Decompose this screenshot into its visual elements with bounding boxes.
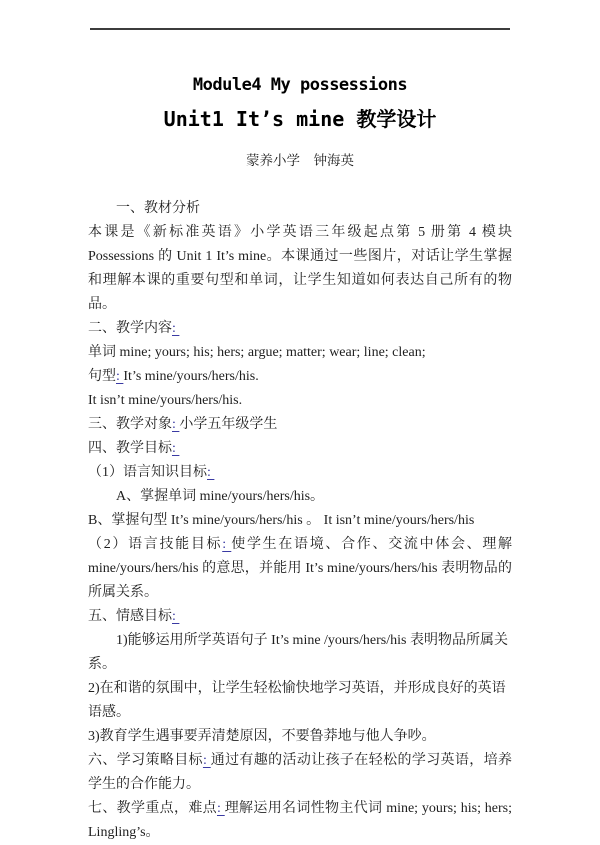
text-run: 1)能够运用所学英语句子 It’s mine /yours/hers/his 表… (88, 633, 508, 672)
knowledge-goal-b: B、掌握句型 It’s mine/yours/hers/his 。 It isn… (88, 509, 512, 533)
text-run: 二、教学内容 (88, 321, 172, 336)
revision-colon-mark: : (217, 801, 225, 816)
revision-colon-mark: : (172, 321, 179, 336)
text-run: 句型 (88, 369, 116, 384)
text-run: 2)在和谐的氛围中，让学生轻松愉快地学习英语，并形成良好的英语语感。 (88, 681, 506, 720)
text-run: 3)教育学生遇事要弄清楚原因，不要鲁莽地与他人争吵。 (88, 729, 436, 744)
author-byline: 蒙养小学 钟海英 (40, 152, 560, 170)
pattern-line-2: It isn’t mine/yours/hers/his. (88, 389, 512, 413)
knowledge-goal-heading: （1）语言知识目标: (88, 461, 512, 485)
section-1-heading: 一、教材分析 (88, 197, 512, 221)
document-title-module: Module4 My possessions (40, 74, 560, 96)
text-run: （2）语言技能目标 (88, 537, 222, 552)
words-line: 单词 mine; yours; his; hers; argue; matter… (88, 341, 512, 365)
revision-colon-mark: : (222, 537, 231, 552)
affective-goal-1: 1)能够运用所学英语句子 It’s mine /yours/hers/his 表… (88, 629, 512, 677)
text-run: 五、情感目标 (88, 609, 172, 624)
text-run: 小学五年级学生 (179, 417, 277, 432)
section-6-heading: 六、学习策略目标: 通过有趣的活动让孩子在轻松的学习英语，培养学生的合作能力。 (88, 749, 512, 797)
document-header: Module4 My possessions Unit1 It’s mine 教… (40, 0, 560, 170)
revision-colon-mark: : (172, 441, 179, 456)
section-5-heading: 五、情感目标: (88, 605, 512, 629)
knowledge-goal-a: A、掌握单词 mine/yours/hers/his。 (88, 485, 512, 509)
revision-colon-mark: : (203, 753, 211, 768)
text-run: 四、教学目标 (88, 441, 172, 456)
section-4-heading: 四、教学目标: (88, 437, 512, 461)
text-run: 六、学习策略目标 (88, 753, 203, 768)
section-2-heading: 二、教学内容: (88, 317, 512, 341)
document-body: 一、教材分析本课是《新标准英语》小学英语三年级起点第 5 册第 4 模块 Pos… (88, 197, 512, 845)
pattern-line-1: 句型: It’s mine/yours/hers/his. (88, 365, 512, 389)
revision-colon-mark: : (207, 465, 214, 480)
text-run: A、掌握单词 mine/yours/hers/his。 (116, 489, 324, 504)
revision-colon-mark: : (172, 609, 179, 624)
text-run: 三、教学对象 (88, 417, 172, 432)
text-run: 七、教学重点，难点 (88, 801, 217, 816)
text-run: It isn’t mine/yours/hers/his. (88, 393, 242, 408)
text-run: B、掌握句型 It’s mine/yours/hers/his 。 It isn… (88, 513, 474, 528)
text-run: 一、教材分析 (116, 201, 200, 216)
text-run: It’s mine/yours/hers/his. (123, 369, 258, 384)
section-7-heading: 七、教学重点，难点: 理解运用名词性物主代词 mine; yours; his;… (88, 797, 512, 845)
header-rule-line (90, 28, 510, 30)
text-run: 本课是《新标准英语》小学英语三年级起点第 5 册第 4 模块 Possessio… (88, 225, 516, 312)
affective-goal-2: 2)在和谐的氛围中，让学生轻松愉快地学习英语，并形成良好的英语语感。 (88, 677, 512, 725)
text-run: （1）语言知识目标 (88, 465, 207, 480)
section-1-body: 本课是《新标准英语》小学英语三年级起点第 5 册第 4 模块 Possessio… (88, 221, 512, 317)
affective-goal-3: 3)教育学生遇事要弄清楚原因，不要鲁莽地与他人争吵。 (88, 725, 512, 749)
document-page: Module4 My possessions Unit1 It’s mine 教… (0, 0, 600, 845)
section-3-heading: 三、教学对象: 小学五年级学生 (88, 413, 512, 437)
document-title-unit: Unit1 It’s mine 教学设计 (40, 106, 560, 132)
text-run: 单词 mine; yours; his; hers; argue; matter… (88, 345, 426, 360)
skill-goal: （2）语言技能目标: 使学生在语境、合作、交流中体会、理解 mine/yours… (88, 533, 512, 605)
